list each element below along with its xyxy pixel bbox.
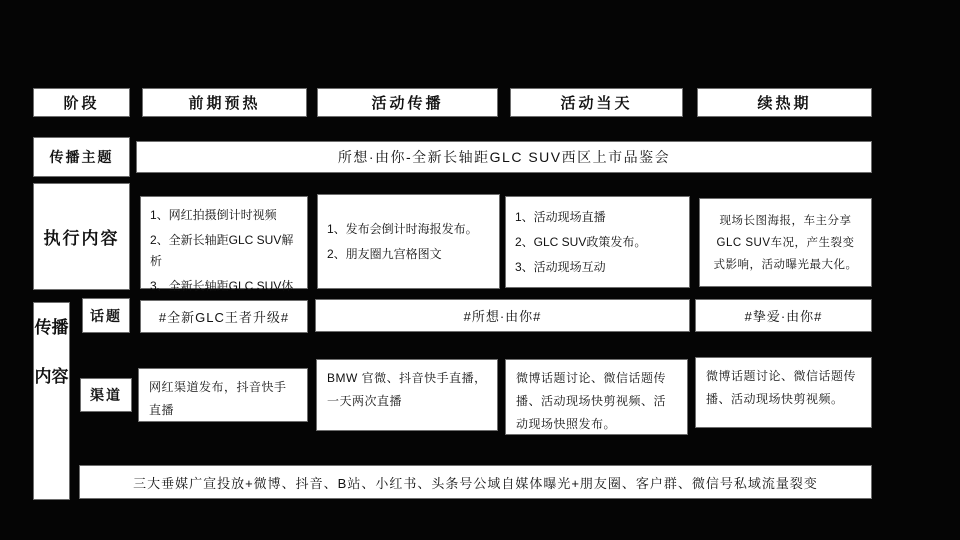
content-section-vertical-label: 传播内容 — [33, 302, 70, 500]
topic-cell-preheat: #全新GLC王者升级# — [140, 300, 308, 333]
topic-cell-afterheat: #挚爱·由你# — [695, 299, 872, 332]
phase-header-spread: 活动传播 — [317, 88, 498, 117]
theme-row-label: 传播主题 — [33, 137, 130, 177]
phase-header-event-day: 活动当天 — [510, 88, 683, 117]
channel-cell-event-day: 微博话题讨论、微信话题传播、活动现场快剪视频、活动现场快照发布。 — [505, 359, 688, 435]
phase-header-preheat: 前期预热 — [142, 88, 307, 117]
execution-row-label: 执行内容 — [33, 183, 130, 290]
execution-cell-spread: 1、发布会倒计时海报发布。 2、朋友圈九宫格图文 — [317, 194, 500, 289]
media-matrix-footer: 三大垂媒广宣投放+微博、抖音、B站、小红书、头条号公域自媒体曝光+朋友圈、客户群… — [79, 465, 872, 499]
execution-item: 1、活动现场直播 — [515, 207, 680, 228]
theme-value: 所想·由你-全新长轴距GLC SUV西区上市品鉴会 — [136, 141, 872, 173]
execution-item: 2、朋友圈九宫格图文 — [327, 244, 490, 265]
execution-item: 1、网红拍摄倒计时视频 — [150, 205, 298, 226]
execution-cell-preheat: 1、网红拍摄倒计时视频 2、全新长轴距GLC SUV解析 3、全新长轴距GLC … — [140, 196, 308, 289]
channel-cell-spread: BMW 官微、抖音快手直播，一天两次直播 — [316, 359, 498, 431]
campaign-plan-slide: 阶段 前期预热 活动传播 活动当天 续热期 传播主题 所想·由你-全新长轴距GL… — [0, 0, 960, 540]
channel-row-label: 渠道 — [80, 378, 132, 412]
execution-item: 2、全新长轴距GLC SUV解析 — [150, 230, 298, 272]
channel-cell-afterheat: 微博话题讨论、微信话题传播、活动现场快剪视频。 — [695, 357, 872, 428]
execution-item: 2、GLC SUV政策发布。 — [515, 232, 680, 253]
phase-header-afterheat: 续热期 — [697, 88, 872, 117]
execution-item: 1、发布会倒计时海报发布。 — [327, 219, 490, 240]
execution-cell-afterheat: 现场长图海报，车主分享GLC SUV车况，产生裂变式影响，活动曝光最大化。 — [699, 198, 872, 287]
execution-item: 3、活动现场互动 — [515, 257, 680, 278]
topic-cell-spread-event: #所想·由你# — [315, 299, 690, 332]
execution-cell-event-day: 1、活动现场直播 2、GLC SUV政策发布。 3、活动现场互动 — [505, 196, 690, 288]
channel-cell-preheat: 网红渠道发布，抖音快手直播 — [138, 368, 308, 422]
stage-row-label: 阶段 — [33, 88, 130, 117]
topic-row-label: 话题 — [82, 298, 130, 333]
